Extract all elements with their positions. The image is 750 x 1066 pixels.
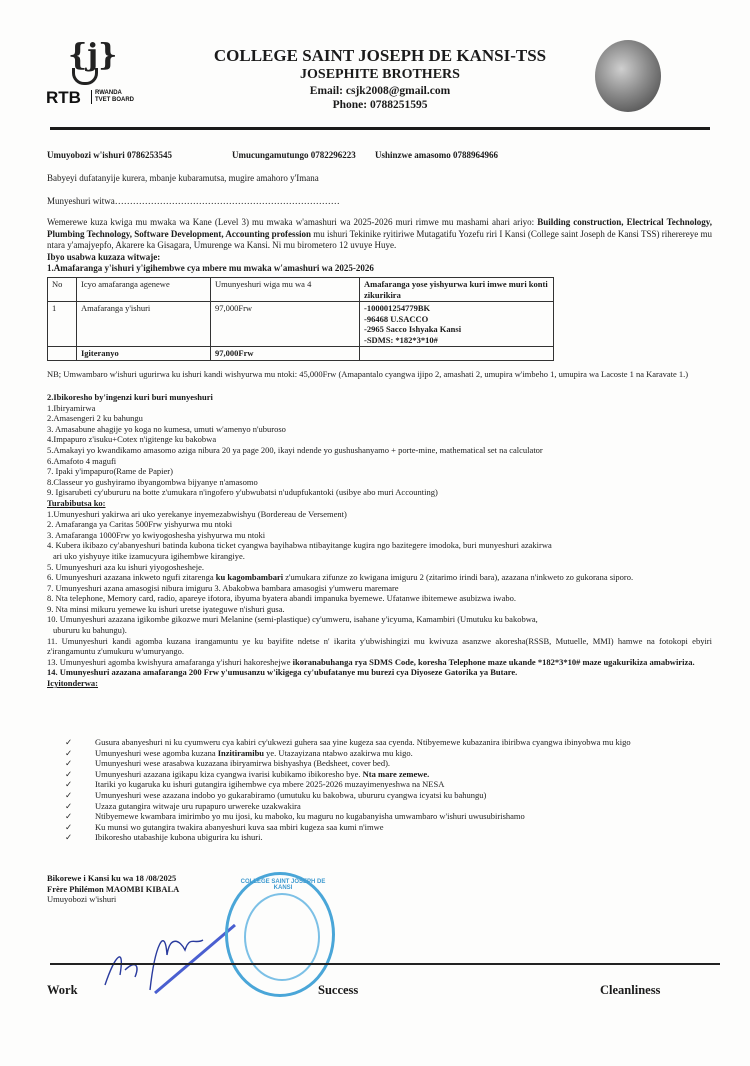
note-text: Ntibyemewe kwambara imirimbo yo mu ijosi… [95, 811, 712, 822]
list-item: ✓Gusura abanyeshuri ni ku cyumweru cya k… [62, 737, 712, 748]
signer-name: Frère Philémon MAOMBI KIBALA [47, 884, 179, 895]
total-label: Igiteranyo [77, 347, 211, 361]
list-item: 3. Amafaranga 1000Frw yo kwiyogoshesha y… [47, 530, 712, 541]
uniform-note: NB; Umwambaro w'ishuri ugurirwa ku ishur… [47, 369, 712, 380]
notes-heading: Icyitonderwa: [47, 678, 712, 689]
fees-table: No Icyo amafaranga agenewe Umunyeshuri w… [47, 277, 554, 361]
list-item: 9. Igisarubeti cy'ubururu na botte z'umu… [47, 487, 712, 498]
list-item: 7. Umunyeshuri azana amasogisi nibura im… [47, 583, 712, 594]
total-amount: 97,000Frw [211, 347, 360, 361]
handwritten-signature-icon [95, 905, 245, 995]
list-item: ✓Umunyeshuri wese azazana indobo yo guka… [62, 790, 712, 801]
note-text: Umunyeshuri azazana igikapu kiza cyangwa… [95, 769, 363, 779]
note-text: Uzaza gutangira witwaje uru rupapuro urw… [95, 801, 712, 812]
contact-head: Umuyobozi w'ishuri 0786253545 [47, 150, 172, 160]
list-item: ✓Umunyeshuri azazana igikapu kiza cyangw… [62, 769, 712, 780]
list-item: 2.Amasengeri 2 ku bahungu [47, 413, 712, 424]
note-text: Umunyeshuri wese arasabwa kuzazana ibiry… [95, 758, 712, 769]
check-icon: ✓ [62, 748, 95, 759]
list-item: 6.Amafoto 4 magufi [47, 456, 712, 467]
table-header: No [48, 278, 77, 302]
list-item: 6. Umunyeshuri azazana inkweto ngufi zit… [47, 572, 712, 583]
list-item: ari uko yishyuye itike izamucyura igihem… [47, 551, 712, 562]
admission-paragraph: Wemerewe kuza kwiga mu mwaka wa Kane (Le… [47, 217, 712, 275]
item13-bold: ikoranabuhanga rya SDMS Code, koresha Te… [293, 657, 695, 667]
footer-motto-success: Success [318, 983, 358, 998]
list-item: 10. Umunyeshuri azazana igikombe gikozwe… [47, 614, 712, 625]
list-item: 4. Kubera ikibazo cy'abanyeshuri batinda… [47, 540, 712, 551]
materials-list: 2.Ibikoresho by'ingenzi kuri buri munyes… [47, 392, 712, 689]
account-bk: -100001254779BK [364, 303, 549, 314]
admission-letter: {j} RTB RWANDA TVET BOARD COLLEGE SAINT … [0, 0, 750, 1066]
list-item: 7. Ipaki y'impapuro(Rame de Papier) [47, 466, 712, 477]
table-header: Umunyeshuri wiga mu wa 4 [211, 278, 360, 302]
note-text: Umunyeshuri wese azazana indobo yo gukar… [95, 790, 712, 801]
note-text: Ku munsi wo gutangira twakira abanyeshur… [95, 822, 712, 833]
list-item: ✓Ntibyemewe kwambara imirimbo yo mu ijos… [62, 811, 712, 822]
sign-date: Bikorewe i Kansi ku wa 18 /08/2025 [47, 873, 179, 884]
greeting: Babyeyi dufatanyije kurera, mbanje kubar… [47, 173, 319, 183]
list-item: ✓Ibikoresho utabashije kubona ubigurira … [62, 832, 712, 843]
stamp-text: COLLEGE SAINT JOSEPH DE KANSI [240, 879, 326, 891]
list-item: 8.Classeur yo gushyiramo ibyangombwa bij… [47, 477, 712, 488]
reminders-heading: Turabibutsa ko: [47, 498, 712, 509]
check-icon: ✓ [62, 832, 95, 843]
school-stamp-icon: COLLEGE SAINT JOSEPH DE KANSI [225, 872, 335, 997]
table-total-row: Igiteranyo 97,000Frw [48, 347, 554, 361]
list-item: 1.Ibiryamirwa [47, 403, 712, 414]
footer-motto-work: Work [47, 983, 78, 998]
list-item: 5. Umunyeshuri aza ku ishuri yiyogoshesh… [47, 562, 712, 573]
table-cell [360, 347, 554, 361]
item13-text: 13. Umunyeshuri agomba kwishyura amafara… [47, 657, 293, 667]
list-item: 4.Impapuro z'isuku+Cotex n'igitenge ku b… [47, 434, 712, 445]
saint-joseph-image-icon [595, 40, 661, 112]
table-cell [48, 347, 77, 361]
table-header-row: No Icyo amafaranga agenewe Umunyeshuri w… [48, 278, 554, 302]
footer-motto-cleanliness: Cleanliness [600, 983, 660, 998]
table-header: Amafaranga yose yishyurwa kuri imwe muri… [360, 278, 554, 302]
note-text: Umunyeshuri wese agomba kuzana [95, 748, 218, 758]
table-header: Icyo amafaranga agenewe [77, 278, 211, 302]
signature-block: Bikorewe i Kansi ku wa 18 /08/2025 Frère… [47, 873, 179, 905]
list-item: 8. Nta telephone, Memory card, radio, ap… [47, 593, 712, 604]
list-item: 5.Amakayi yo kwandikamo amasomo aziga ni… [47, 445, 712, 456]
admission-intro: Wemerewe kuza kwiga mu mwaka wa Kane (Le… [47, 217, 537, 227]
check-icon: ✓ [62, 769, 95, 780]
item6-text: 6. Umunyeshuri azazana inkweto ngufi zit… [47, 572, 216, 582]
contact-studies: Ushinzwe amasomo 0788964966 [375, 150, 498, 160]
table-cell: 97,000Frw [211, 302, 360, 347]
list-item: 14. Umunyeshuri azazana amafaranga 200 F… [47, 667, 712, 678]
check-icon: ✓ [62, 811, 95, 822]
check-icon: ✓ [62, 758, 95, 769]
check-icon: ✓ [62, 790, 95, 801]
table-row: 1 Amafaranga y'ishuri 97,000Frw -1000012… [48, 302, 554, 347]
account-list: -100001254779BK -96468 U.SACCO -2965 Sac… [360, 302, 554, 347]
student-name-line: Munyeshuri witwa………………………………………………………………… [47, 196, 340, 206]
list-item: ✓Itariki yo kugaruka ku ishuri gutangira… [62, 779, 712, 790]
list-item: 13. Umunyeshuri agomba kwishyura amafara… [47, 657, 712, 668]
list-item: 2. Amafaranga ya Caritas 500Frw yishyurw… [47, 519, 712, 530]
account-sacco: -2965 Sacco Ishyaka Kansi [364, 324, 549, 335]
table-cell: 1 [48, 302, 77, 347]
note-text: Itariki yo kugaruka ku ishuri gutangira … [95, 779, 712, 790]
note-bold: Inzitiramibu [218, 748, 264, 758]
check-icon: ✓ [62, 737, 95, 748]
note-bold: Nta mare zemewe. [363, 769, 430, 779]
account-usacco: -96468 U.SACCO [364, 314, 549, 325]
header-divider [50, 127, 710, 130]
check-icon: ✓ [62, 779, 95, 790]
section1-heading: 1.Amafaranga y'ishuri y'igihembwe cya mb… [47, 263, 712, 275]
list-item: ✓Umunyeshuri wese agomba kuzana Inzitira… [62, 748, 712, 759]
list-item: 11. Umunyeshuri kandi agomba kuzana iran… [47, 636, 712, 657]
table-cell: Amafaranga y'ishuri [77, 302, 211, 347]
list-item: ✓Uzaza gutangira witwaje uru rupapuro ur… [62, 801, 712, 812]
stamp-inner-ring [244, 893, 320, 981]
list-item: 9. Nta minsi mikuru yemewe ku ishuri ure… [47, 604, 712, 615]
footer-divider [50, 963, 720, 965]
note-text-end: ye. Utazayizana ntabwo azakirwa mu kigo. [264, 748, 413, 758]
check-icon: ✓ [62, 801, 95, 812]
check-icon: ✓ [62, 822, 95, 833]
bring-heading: Ibyo usabwa kuzaza witwaje: [47, 252, 712, 264]
item6-text-end: z'umukara zifunze zo kwigana imiguru 2 (… [283, 572, 633, 582]
list-item: ✓Umunyeshuri wese arasabwa kuzazana ibir… [62, 758, 712, 769]
list-item: ubururu ku bahungu). [47, 625, 712, 636]
note-text: Ibikoresho utabashije kubona ubigurira k… [95, 832, 712, 843]
list-item: 3. Amasabune ahagije yo koga no kumesa, … [47, 424, 712, 435]
list-item: ✓Ku munsi wo gutangira twakira abanyeshu… [62, 822, 712, 833]
contact-bursar: Umucungamutungo 0782296223 [232, 150, 356, 160]
list-item: 1.Umunyeshuri yakirwa ari uko yerekanye … [47, 509, 712, 520]
account-sdms: -SDMS: *182*3*10# [364, 335, 549, 346]
note-text: Gusura abanyeshuri ni ku cyumweru cya ka… [95, 737, 712, 748]
item6-bold: ku kagombambari [216, 572, 283, 582]
notes-checklist: ✓Gusura abanyeshuri ni ku cyumweru cya k… [62, 737, 712, 843]
signer-title: Umuyobozi w'ishuri [47, 894, 179, 905]
materials-heading: 2.Ibikoresho by'ingenzi kuri buri munyes… [47, 392, 712, 403]
